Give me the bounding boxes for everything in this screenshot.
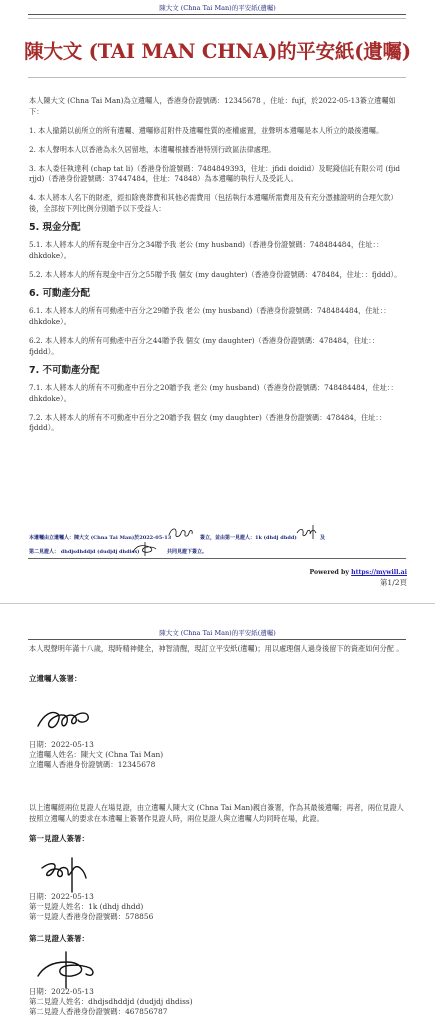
mywill-link[interactable]: https://mywill.ai [351, 569, 407, 576]
will-body: 本人陳大文 (Chna Tai Man)為立遺囑人，香港身份證號碼：123456… [29, 96, 407, 442]
clause-5-2: 5.2. 本人將本人的所有現金中百分之55贈予我 個女 (my daughter… [29, 270, 407, 281]
clause-7-1: 7.1. 本人將本人的所有不可動產中百分之20贈予我 老公 (my husban… [29, 383, 407, 404]
footer-rule [28, 558, 406, 559]
witness2-signature-label: 第二見證人簽署： [29, 934, 407, 945]
clause-3: 3. 本人委任執達利 (chap tat li)（香港身份證號碼：7484849… [29, 164, 407, 185]
witness1-signature-label: 第一見證人簽署： [29, 834, 407, 845]
section-heading-cash: 5. 現金分配 [29, 223, 407, 234]
testator-name: 立遺囑人姓名：陳大文 (Chna Tai Man) [29, 750, 163, 760]
testator-signature-label: 立遺囑人簽署： [29, 674, 407, 685]
footer-text-testator: 本遺囑由立遺囑人：陳大文 (Chna Tai Man)於2022-05-13 [29, 535, 171, 541]
testator-details: 日期：2022-05-13 立遺囑人姓名：陳大文 (Chna Tai Man) … [29, 740, 163, 771]
clause-6-2: 6.2. 本人將本人的所有可動產中百分之44贈予我 個女 (my daughte… [29, 336, 407, 357]
witness2-name: 第二見證人姓名：dhdjsdhddjd (dudjdj dhdiss) [29, 997, 193, 1007]
testator-signature-mini-icon [168, 525, 194, 539]
witness1-date: 日期：2022-05-13 [29, 892, 153, 902]
section-heading-immovable: 7. 不可動產分配 [29, 366, 407, 377]
document-title: 陳大文 (TAI MAN CHNA)的平安紙(遺囑) [0, 36, 435, 64]
clause-7-2: 7.2. 本人將本人的所有不可動產中百分之20贈予我 個女 (my daught… [29, 413, 407, 434]
footer-text-and: 及 [320, 534, 325, 541]
witness2-details: 日期：2022-05-13 第二見證人姓名：dhdjsdhddjd (dudjd… [29, 987, 193, 1018]
clause-1: 1. 本人撤銷以前所立的所有遺囑、遺囑修訂附件及遺囑性質的產權處置，並聲明本遺囑… [29, 126, 407, 137]
footer-signature-line-1: 本遺囑由立遺囑人：陳大文 (Chna Tai Man)於2022-05-13 [29, 534, 171, 541]
witness1-details: 日期：2022-05-13 第一見證人姓名：1k (dhdj dhdd) 第一見… [29, 892, 153, 923]
footer-text-witness1: 簽立，並由第一見證人：1k (dhdj dhdd) [200, 534, 297, 541]
declaration-block: 本人現聲明年滿十八歲，現時精神健全，神智清醒，現訂立平安紙(遺囑)；用以處理個人… [29, 644, 407, 663]
attestation-paragraph: 以上遺囑經兩位見證人在場見證，由立遺囑人陳大文 (Chna Tai Man)親自… [29, 803, 407, 824]
witness1-signature-icon [40, 856, 90, 894]
clause-2: 2. 本人聲明本人以香港為永久居留地，本遺囑根據香港特別行政區法律處理。 [29, 145, 407, 156]
clause-4: 4. 本人將本人名下的財產，經扣除喪葬費和其他必需費用（包括執行本遺囑所需費用及… [29, 193, 407, 214]
testator-signature-icon [36, 702, 92, 736]
footer-text-jointly: 共同見證下簽立。 [167, 548, 207, 555]
attestation-block: 以上遺囑經兩位見證人在場見證，由立遺囑人陳大文 (Chna Tai Man)親自… [29, 803, 407, 833]
page-1: 陳大文 (Chna Tai Man)的平安紙(遺囑) 陳大文 (TAI MAN … [0, 0, 435, 590]
footer-text-witness2: 第二見證人： dhdjsdhddjd (dudjdj dhdiss) [29, 548, 140, 555]
declaration-paragraph: 本人現聲明年滿十八歲，現時精神健全，神智清醒，現訂立平安紙(遺囑)；用以處理個人… [29, 644, 407, 655]
witness2-date: 日期：2022-05-13 [29, 987, 193, 997]
running-header-page2: 陳大文 (Chna Tai Man)的平安紙(遺囑) [0, 628, 435, 637]
witness1-signature-mini-icon [296, 524, 320, 540]
section-heading-movable: 6. 可動產分配 [29, 289, 407, 300]
title-divider [28, 77, 406, 78]
running-header: 陳大文 (Chna Tai Man)的平安紙(遺囑) [0, 3, 435, 12]
witness2-id: 第二見證人香港身份證號碼：467856787 [29, 1007, 193, 1017]
clause-6-1: 6.1. 本人將本人的所有可動產中百分之29贈予我 老公 (my husband… [29, 306, 407, 327]
page-2: 陳大文 (Chna Tai Man)的平安紙(遺囑) 本人現聲明年滿十八歲，現時… [0, 604, 435, 1024]
header-rule-page2 [28, 639, 406, 640]
powered-by: Powered by https://mywill.ai [309, 569, 407, 576]
clause-5-1: 5.1. 本人將本人的所有現金中百分之34贈予我 老公 (my husband)… [29, 240, 407, 261]
header-rule [28, 14, 406, 15]
witness1-id: 第一見證人香港身份證號碼：578856 [29, 912, 153, 922]
testator-id: 立遺囑人香港身份證號碼：12345678 [29, 760, 163, 770]
witness2-signature-mini-icon [132, 542, 158, 556]
testator-date: 日期：2022-05-13 [29, 740, 163, 750]
witness2-signature-icon [36, 950, 96, 990]
intro-paragraph: 本人陳大文 (Chna Tai Man)為立遺囑人，香港身份證號碼：123456… [29, 96, 407, 117]
header-rule-light [28, 18, 406, 19]
powered-by-label: Powered by [309, 569, 351, 576]
witness1-name: 第一見證人姓名：1k (dhdj dhdd) [29, 902, 153, 912]
page-number: 第1/2頁 [380, 577, 407, 588]
